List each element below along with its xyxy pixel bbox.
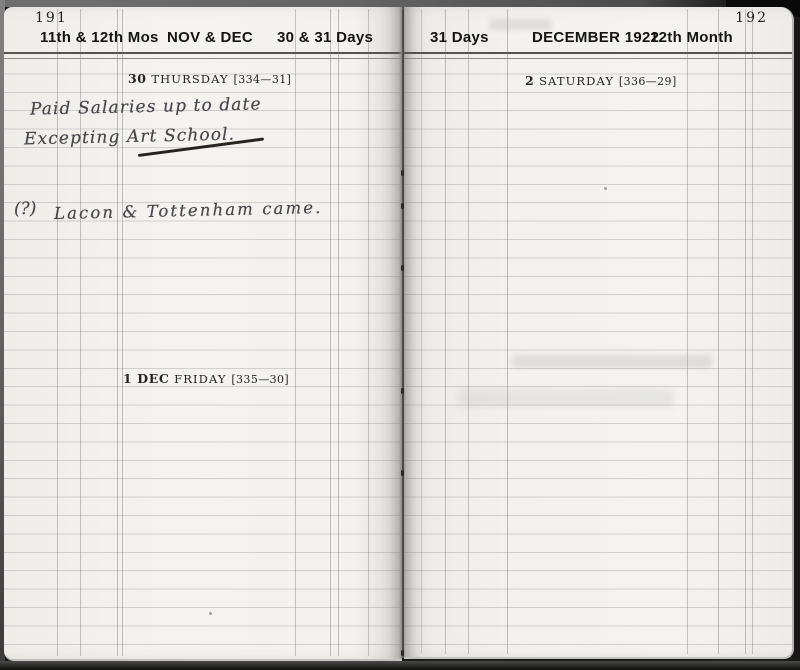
- day-number: 1 DEC: [123, 371, 169, 386]
- day-heading-saturday: 2 SATURDAY [336—29]: [525, 73, 677, 88]
- ruled-columns-right: [404, 9, 792, 654]
- dust-speck: [209, 612, 212, 615]
- show-through-smudge: [490, 19, 552, 30]
- photo-edge-bottom: [0, 661, 800, 670]
- header-left-months: NOV & DEC: [167, 29, 253, 46]
- diary-photo: 191 11th & 12th Mos NOV & DEC 30 & 31 Da…: [0, 0, 800, 670]
- day-name: FRIDAY: [174, 372, 226, 386]
- stitch-dot: [401, 265, 404, 271]
- binding-stitch-line: [402, 9, 403, 657]
- header-right-month-index: 12th Month: [650, 29, 733, 46]
- stitch-dot: [401, 650, 404, 656]
- day-name: THURSDAY: [151, 72, 228, 86]
- day-range: [335—30]: [231, 373, 289, 386]
- stitch-dot: [401, 470, 404, 476]
- header-rule-right: [404, 52, 792, 59]
- stitch-dot: [401, 388, 404, 394]
- day-number: 30: [128, 71, 147, 86]
- handwriting-line-3-prefix: (?): [14, 199, 37, 220]
- stitch-dot: [401, 170, 404, 176]
- diary-page-right: 192 31 Days DECEMBER 1922 12th Month 2 S…: [404, 7, 794, 659]
- page-number-left: 191: [35, 10, 68, 26]
- stitch-dot: [401, 203, 404, 209]
- day-heading-friday: 1 DEC FRIDAY [335—30]: [123, 371, 289, 386]
- photo-edge-top: [0, 0, 800, 7]
- dust-speck: [604, 187, 607, 190]
- day-range: [334—31]: [234, 73, 292, 86]
- header-right-month-year: DECEMBER 1922: [532, 29, 659, 46]
- show-through-smudge: [459, 389, 674, 407]
- day-heading-thursday: 30 THURSDAY [334—31]: [128, 71, 291, 86]
- handwriting-line-3: Lacon & Tottenham came.: [54, 198, 323, 223]
- diary-page-left: 191 11th & 12th Mos NOV & DEC 30 & 31 Da…: [4, 7, 402, 661]
- day-number: 2: [525, 73, 534, 88]
- handwriting-line-1: Paid Salaries up to date: [30, 94, 262, 119]
- header-right-days: 31 Days: [430, 29, 489, 46]
- page-number-right: 192: [735, 10, 768, 26]
- header-rule-left: [4, 52, 402, 59]
- day-range: [336—29]: [619, 75, 677, 88]
- header-left-days: 30 & 31 Days: [277, 29, 373, 46]
- day-name: SATURDAY: [539, 74, 614, 88]
- show-through-smudge: [512, 355, 712, 368]
- header-left-mos: 11th & 12th Mos: [40, 29, 159, 46]
